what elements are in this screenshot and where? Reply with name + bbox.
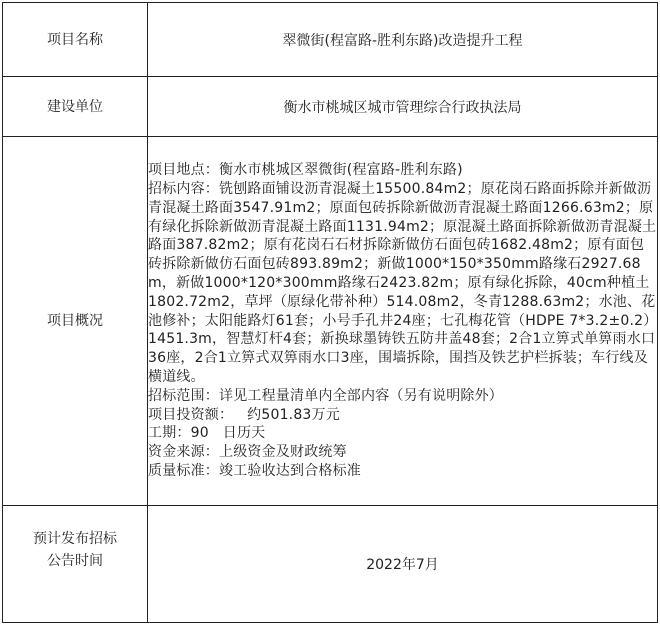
project-overview-value: 项目地点：衡水市桃城区翠微街(程富路-胜利东路) 招标内容：铣刨路面铺设沥青混凝… <box>148 137 658 506</box>
construction-unit-value: 衡水市桃城区城市管理综合行政执法局 <box>148 77 658 137</box>
row-construction-unit: 建设单位 衡水市桃城区城市管理综合行政执法局 <box>3 77 658 137</box>
announcement-label-line1: 预计发布招标 <box>3 528 147 550</box>
project-name-value: 翠微街(程富路-胜利东路)改造提升工程 <box>148 3 658 77</box>
construction-unit-label: 建设单位 <box>3 77 148 137</box>
overview-scope: 招标范围：详见工程量清单内全部内容（另有说明除外） <box>148 387 657 406</box>
project-overview-label: 项目概况 <box>3 137 148 506</box>
project-info-table: 项目名称 翠微街(程富路-胜利东路)改造提升工程 建设单位 衡水市桃城区城市管理… <box>2 2 658 623</box>
row-project-overview: 项目概况 项目地点：衡水市桃城区翠微街(程富路-胜利东路) 招标内容：铣刨路面铺… <box>3 137 658 506</box>
overview-content: 招标内容：铣刨路面铺设沥青混凝土15500.84m2；原花岗石路面拆除并新做沥青… <box>148 180 657 387</box>
project-name-label: 项目名称 <box>3 3 148 77</box>
row-project-name: 项目名称 翠微街(程富路-胜利东路)改造提升工程 <box>3 3 658 77</box>
row-announcement-time: 预计发布招标 公告时间 2022年7月 <box>3 506 658 623</box>
announcement-label-line2: 公告时间 <box>3 550 147 572</box>
overview-funding: 资金来源：上级资金及财政统筹 <box>148 443 657 462</box>
overview-investment: 项目投资额： 约501.83万元 <box>148 406 657 425</box>
overview-location: 项目地点：衡水市桃城区翠微街(程富路-胜利东路) <box>148 161 657 180</box>
overview-duration: 工期：90 日历天 <box>148 424 657 443</box>
overview-quality: 质量标准：竣工验收达到合格标准 <box>148 462 657 481</box>
announcement-time-label: 预计发布招标 公告时间 <box>3 506 148 623</box>
announcement-time-value: 2022年7月 <box>148 506 658 623</box>
